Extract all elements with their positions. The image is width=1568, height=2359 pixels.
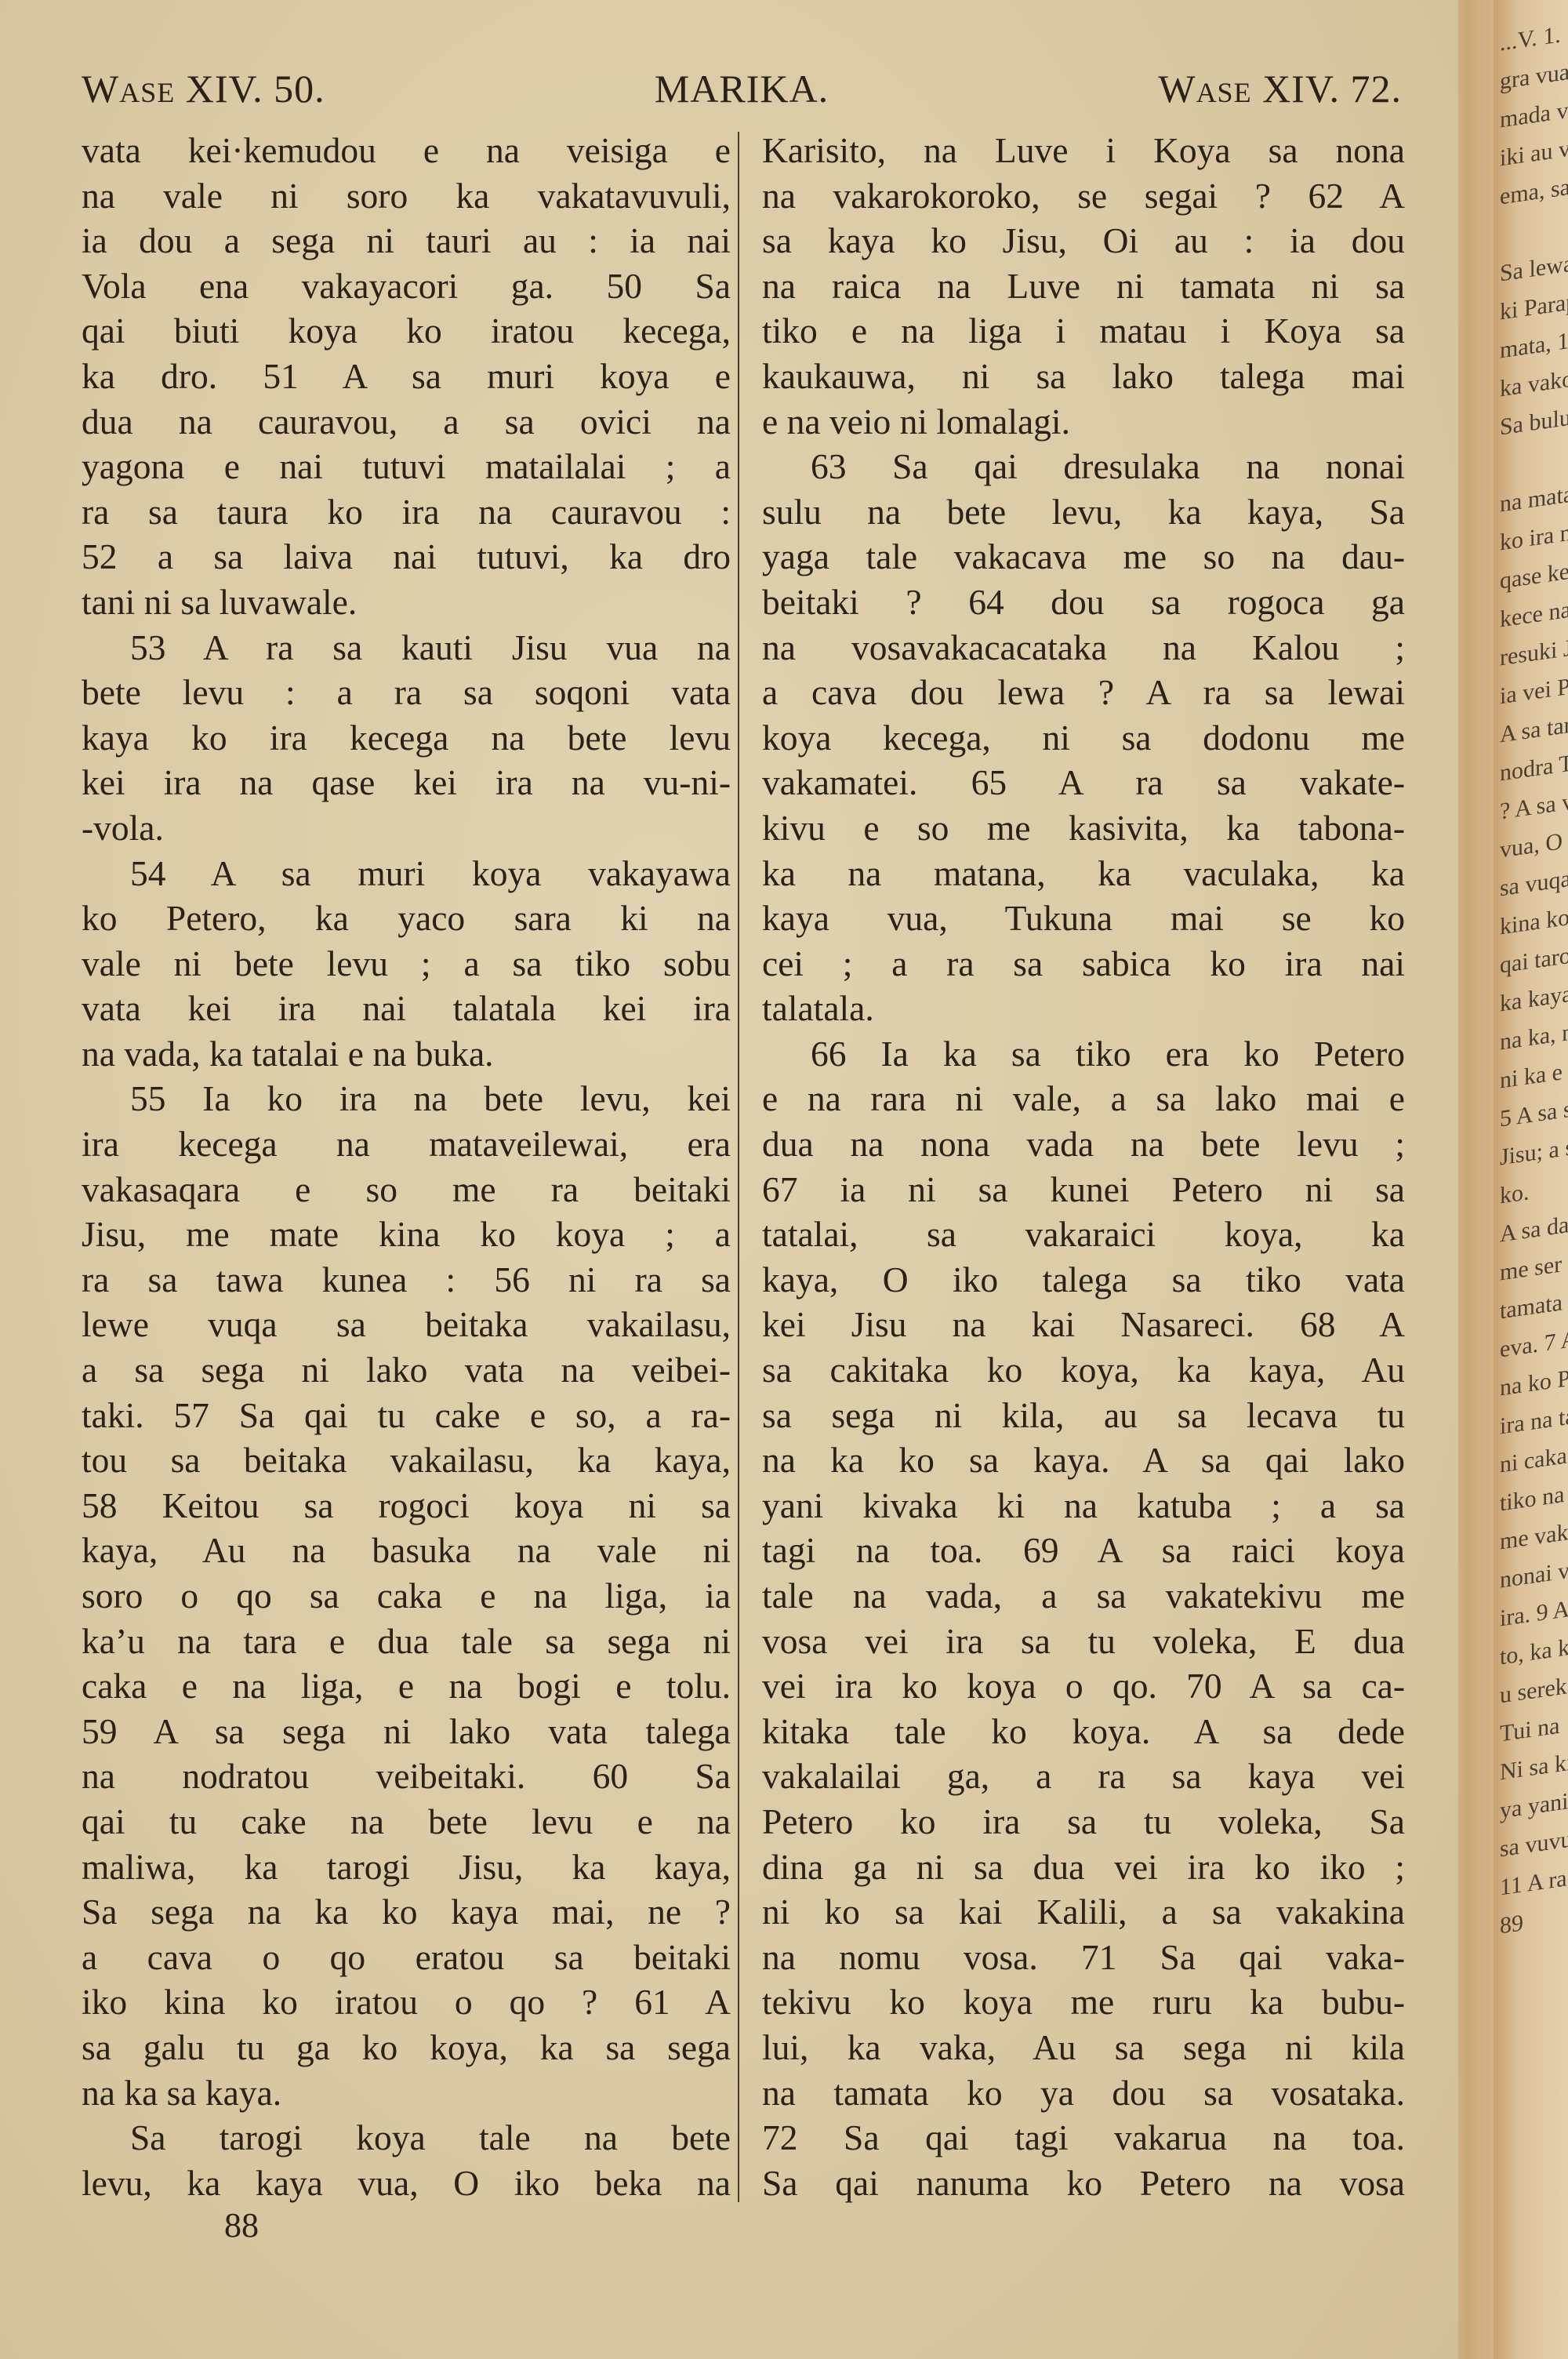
text-line: -vola. bbox=[82, 805, 731, 851]
text-line: iko kina ko iratou o qo ? 61 A bbox=[82, 1979, 731, 2025]
text-line: ka na matana, ka vaculaka, ka bbox=[762, 851, 1405, 896]
text-line: 66 Ia ka sa tiko era ko Petero bbox=[762, 1031, 1405, 1077]
adjacent-page-edge: ...V. 1.gra vua ko Jmada vakaiki au vaka… bbox=[1494, 0, 1568, 2359]
text-line: tekivu ko koya me ruru ka bubu- bbox=[762, 1979, 1405, 2025]
text-line: ka dro. 51 A sa muri koya e bbox=[82, 354, 731, 399]
text-line: vosa vei ira sa tu voleka, E dua bbox=[762, 1619, 1405, 1664]
text-line: tatalai, sa vakaraici koya, ka bbox=[762, 1212, 1405, 1257]
text-line: levu, ka kaya vua, O iko beka na bbox=[82, 2161, 731, 2206]
text-line: a sa sega ni lako vata na veibei- bbox=[82, 1347, 731, 1393]
text-line: 55 Ia ko ira na bete levu, kei bbox=[82, 1076, 731, 1121]
text-line: tani ni sa luvawale. bbox=[82, 580, 731, 625]
text-line: na vosavakacacataka na Kalou ; bbox=[762, 625, 1405, 671]
text-line: na nomu vosa. 71 Sa qai vaka- bbox=[762, 1935, 1405, 1980]
adjacent-page-text: ...V. 1.gra vua ko Jmada vakaiki au vaka… bbox=[1494, 16, 1568, 1937]
text-line: tale na vada, a sa vakatekivu me bbox=[762, 1573, 1405, 1619]
text-line: Sa tarogi koya tale na bete bbox=[82, 2115, 731, 2161]
text-line: dua na cauravou, a sa ovici na bbox=[82, 399, 731, 445]
text-line: cei ; a ra sa sabica ko ira nai bbox=[762, 941, 1405, 987]
text-line: tou sa beitaka vakailasu, ka kaya, bbox=[82, 1438, 731, 1483]
text-line: kei Jisu na kai Nasareci. 68 A bbox=[762, 1302, 1405, 1347]
text-line: kaya, Au na basuka na vale ni bbox=[82, 1528, 731, 1573]
text-line: kaya ko ira kecega na bete levu bbox=[82, 715, 731, 761]
left-text-column: vata kei·kemudou e na veisiga ena vale n… bbox=[82, 128, 731, 2205]
text-line: ra sa taura ko ira na cauravou : bbox=[82, 489, 731, 535]
text-line: a cava dou lewa ? A ra sa lewai bbox=[762, 670, 1405, 715]
text-line: na raica na Luve ni tamata ni sa bbox=[762, 264, 1405, 309]
text-line: sa sega ni kila, au sa lecava tu bbox=[762, 1393, 1405, 1438]
text-line: dina ga ni sa dua vei ira ko iko ; bbox=[762, 1845, 1405, 1890]
text-line: qai tu cake na bete levu e na bbox=[82, 1799, 731, 1845]
text-line: Sa qai nanuma ko Petero na vosa bbox=[762, 2161, 1405, 2206]
text-line: Petero ko ira sa tu voleka, Sa bbox=[762, 1799, 1405, 1845]
text-line: sulu na bete levu, ka kaya, Sa bbox=[762, 489, 1405, 535]
text-line: vakamatei. 65 A ra sa vakate- bbox=[762, 760, 1405, 805]
text-line: vale ni bete levu ; a sa tiko sobu bbox=[82, 941, 731, 987]
text-line: qai biuti koya ko iratou kecega, bbox=[82, 308, 731, 354]
text-line: 67 ia ni sa kunei Petero ni sa bbox=[762, 1167, 1405, 1212]
text-line: ko Petero, ka yaco sara ki na bbox=[82, 896, 731, 941]
text-line: beitaki ? 64 dou sa rogoca ga bbox=[762, 580, 1405, 625]
text-line: ra sa tawa kunea : 56 ni ra sa bbox=[82, 1257, 731, 1303]
text-line: 52 a sa laiva nai tutuvi, ka dro bbox=[82, 534, 731, 580]
right-text-column: Karisito, na Luve i Koya sa nonana vakar… bbox=[762, 128, 1405, 2205]
text-line: 63 Sa qai dresulaka na nonai bbox=[762, 444, 1405, 489]
text-line: Vola ena vakayacori ga. 50 Sa bbox=[82, 264, 731, 309]
text-line: sa cakitaka ko koya, ka kaya, Au bbox=[762, 1347, 1405, 1393]
text-line: 72 Sa qai tagi vakarua na toa. bbox=[762, 2115, 1405, 2161]
text-line: bete levu : a ra sa soqoni vata bbox=[82, 670, 731, 715]
text-line: kivu e so me kasivita, ka tabona- bbox=[762, 805, 1405, 851]
text-line: kaya vua, Tukuna mai se ko bbox=[762, 896, 1405, 941]
text-line: lewe vuqa sa beitaka vakailasu, bbox=[82, 1302, 731, 1347]
text-line: ka’u na tara e dua tale sa sega ni bbox=[82, 1619, 731, 1664]
text-line: vei ira ko koya o qo. 70 A sa ca- bbox=[762, 1663, 1405, 1709]
text-line: soro o qo sa caka e na liga, ia bbox=[82, 1573, 731, 1619]
text-line: vata kei·kemudou e na veisiga e bbox=[82, 128, 731, 173]
text-line: tagi na toa. 69 A sa raici koya bbox=[762, 1528, 1405, 1573]
text-line: e na rara ni vale, a sa lako mai e bbox=[762, 1076, 1405, 1121]
text-line: maliwa, ka tarogi Jisu, ka kaya, bbox=[82, 1845, 731, 1890]
text-line: tiko e na liga i matau i Koya sa bbox=[762, 308, 1405, 354]
text-line: 53 A ra sa kauti Jisu vua na bbox=[82, 625, 731, 671]
text-line: sa galu tu ga ko koya, ka sa sega bbox=[82, 2025, 731, 2070]
text-line: na tamata ko ya dou sa vosataka. bbox=[762, 2070, 1405, 2116]
text-line: caka e na liga, e na bogi e tolu. bbox=[82, 1663, 731, 1709]
text-line: yagona e nai tutuvi matailalai ; a bbox=[82, 444, 731, 489]
text-line: na vakarokoroko, se segai ? 62 A bbox=[762, 173, 1405, 219]
text-line: 54 A sa muri koya vakayawa bbox=[82, 851, 731, 896]
text-line: kaya, O iko talega sa tiko vata bbox=[762, 1257, 1405, 1303]
text-line: na vada, ka tatalai e na buka. bbox=[82, 1031, 731, 1077]
text-line: 59 A sa sega ni lako vata talega bbox=[82, 1709, 731, 1754]
text-line: vakalailai ga, a ra sa kaya vei bbox=[762, 1754, 1405, 1799]
text-line: na nodratou veibeitaki. 60 Sa bbox=[82, 1754, 731, 1799]
text-line: yani kivaka ki na katuba ; a sa bbox=[762, 1483, 1405, 1528]
running-head-right-initial: W bbox=[1158, 67, 1196, 111]
text-line: na ka ko sa kaya. A sa qai lako bbox=[762, 1438, 1405, 1483]
running-head-right-ref: XIV. 72. bbox=[1262, 67, 1402, 111]
page-number: 88 bbox=[224, 2205, 259, 2245]
text-line: Jisu, me mate kina ko koya ; a bbox=[82, 1212, 731, 1257]
text-line: taki. 57 Sa qai tu cake e so, a ra- bbox=[82, 1393, 731, 1438]
book-page: WASE XIV. 50. MARIKA. WASE XIV. 72. vata… bbox=[0, 0, 1458, 2359]
text-line: e na veio ni lomalagi. bbox=[762, 399, 1405, 445]
text-line: Karisito, na Luve i Koya sa nona bbox=[762, 128, 1405, 173]
text-line: ni ko sa kai Kalili, a sa vakakina bbox=[762, 1889, 1405, 1935]
running-head: WASE XIV. 50. MARIKA. WASE XIV. 72. bbox=[82, 66, 1402, 113]
text-line: vata kei ira nai talatala kei ira bbox=[82, 986, 731, 1031]
text-line: koya kecega, ni sa dodonu me bbox=[762, 715, 1405, 761]
text-line: dua na nona vada na bete levu ; bbox=[762, 1121, 1405, 1167]
text-line: na vale ni soro ka vakatavuvuli, bbox=[82, 173, 731, 219]
column-divider bbox=[738, 132, 739, 2202]
running-head-right: WASE XIV. 72. bbox=[1158, 66, 1402, 111]
text-line: kaukauwa, ni sa lako talega mai bbox=[762, 354, 1405, 399]
text-line: kei ira na qase kei ira na vu-ni- bbox=[82, 760, 731, 805]
text-line: a cava o qo eratou sa beitaki bbox=[82, 1935, 731, 1980]
text-line: talatala. bbox=[762, 986, 1405, 1031]
text-line: lui, ka vaka, Au sa sega ni kila bbox=[762, 2025, 1405, 2070]
text-line: vakasaqara e so me ra beitaki bbox=[82, 1167, 731, 1212]
text-line: yaga tale vakacava me so na dau- bbox=[762, 534, 1405, 580]
text-line: ia dou a sega ni tauri au : ia nai bbox=[82, 218, 731, 264]
text-line: 58 Keitou sa rogoci koya ni sa bbox=[82, 1483, 731, 1528]
text-line: kitaka tale ko koya. A sa dede bbox=[762, 1709, 1405, 1754]
text-line: na ka sa kaya. bbox=[82, 2070, 731, 2116]
text-line: sa kaya ko Jisu, Oi au : ia dou bbox=[762, 218, 1405, 264]
text-line: ira kecega na mataveilewai, era bbox=[82, 1121, 731, 1167]
text-line: Sa sega na ka ko kaya mai, ne ? bbox=[82, 1889, 731, 1935]
running-head-right-smallcaps: ASE bbox=[1196, 77, 1252, 108]
